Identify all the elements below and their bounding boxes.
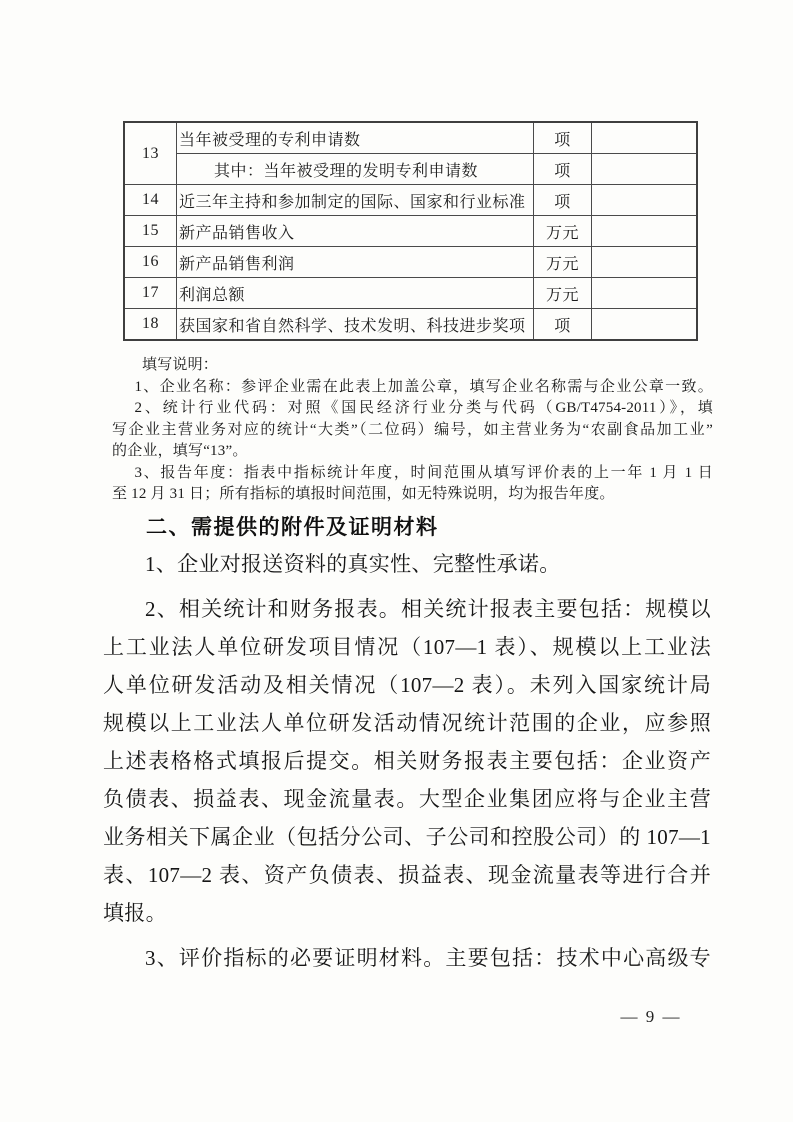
body-line: 3、评价指标的必要证明材料。主要包括：技术中心高级专 xyxy=(103,939,711,977)
body-line: 2、相关统计和财务报表。相关统计报表主要包括：规模以 xyxy=(103,590,711,628)
unit-cell: 项 xyxy=(534,122,592,154)
table-row: 其中：当年被受理的发明专利申请数 项 xyxy=(124,154,697,185)
body-line: 表、107—2 表、资产负债表、损益表、现金流量表等进行合并 xyxy=(103,856,711,894)
indicator-cell: 近三年主持和参加制定的国际、国家和行业标准 xyxy=(177,185,534,216)
unit-cell: 万元 xyxy=(534,247,592,278)
body-line: 业务相关下属企业（包括分公司、子公司和控股公司）的 107—1 xyxy=(103,818,711,856)
table-row: 18 获国家和省自然科学、技术发明、科技进步奖项 项 xyxy=(124,309,697,341)
unit-cell: 万元 xyxy=(534,278,592,309)
row-number-cell: 17 xyxy=(124,278,177,309)
value-cell xyxy=(592,247,698,278)
table-row: 15 新产品销售收入 万元 xyxy=(124,216,697,247)
body-line: 负债表、损益表、现金流量表。大型企业集团应将与企业主营 xyxy=(103,780,711,818)
row-number-cell: 15 xyxy=(124,216,177,247)
unit-cell: 项 xyxy=(534,309,592,341)
value-cell xyxy=(592,122,698,154)
body-line: 上述表格格式填报后提交。相关财务报表主要包括：企业资产 xyxy=(103,742,711,780)
body-line: 填报。 xyxy=(103,894,711,932)
body-line: 规模以上工业法人单位研发活动情况统计范围的企业，应参照 xyxy=(103,704,711,742)
indicator-cell: 获国家和省自然科学、技术发明、科技进步奖项 xyxy=(177,309,534,341)
document-page: 13 当年被受理的专利申请数 项 其中：当年被受理的发明专利申请数 项 14 近… xyxy=(0,0,793,1122)
note-line: 写企业主营业务对应的统计“大类”（二位码）编号，如主营业务为“农副食品加工业” xyxy=(112,420,713,442)
body-text: 1、企业对报送资料的真实性、完整性承诺。 2、相关统计和财务报表。相关统计报表主… xyxy=(103,545,711,977)
fill-instructions: 填写说明： 1、企业名称：参评企业需在此表上加盖公章，填写企业名称需与企业公章一… xyxy=(112,355,713,506)
unit-cell: 项 xyxy=(534,154,592,185)
indicator-cell: 当年被受理的专利申请数 xyxy=(177,122,534,154)
table-row: 16 新产品销售利润 万元 xyxy=(124,247,697,278)
indicator-cell: 新产品销售收入 xyxy=(177,216,534,247)
value-cell xyxy=(592,185,698,216)
indicator-cell: 利润总额 xyxy=(177,278,534,309)
unit-cell: 万元 xyxy=(534,216,592,247)
value-cell xyxy=(592,278,698,309)
row-number-cell: 14 xyxy=(124,185,177,216)
note-line: 3、报告年度：指表中指标统计年度，时间范围从填写评价表的上一年 1 月 1 日 xyxy=(112,463,713,485)
value-cell xyxy=(592,216,698,247)
indicator-cell: 其中：当年被受理的发明专利申请数 xyxy=(177,154,534,185)
table-row: 13 当年被受理的专利申请数 项 xyxy=(124,122,697,154)
paragraph: 3、评价指标的必要证明材料。主要包括：技术中心高级专 xyxy=(103,939,711,977)
notes-heading: 填写说明： xyxy=(112,355,713,377)
row-number-cell: 18 xyxy=(124,309,177,341)
indicator-table: 13 当年被受理的专利申请数 项 其中：当年被受理的发明专利申请数 项 14 近… xyxy=(123,121,698,341)
note-line: 的企业，填写“13”。 xyxy=(112,441,713,463)
body-line: 1、企业对报送资料的真实性、完整性承诺。 xyxy=(103,545,711,583)
note-line: 1、企业名称：参评企业需在此表上加盖公章，填写企业名称需与企业公章一致。 xyxy=(112,377,713,399)
page-number: — 9 — xyxy=(606,1007,696,1027)
paragraph: 1、企业对报送资料的真实性、完整性承诺。 xyxy=(103,545,711,583)
value-cell xyxy=(592,154,698,185)
note-line: 2、统计行业代码：对照《国民经济行业分类与代码（GB/T4754-2011）》，… xyxy=(112,398,713,420)
section-heading: 二、需提供的附件及证明材料 xyxy=(146,511,439,541)
row-number-cell: 16 xyxy=(124,247,177,278)
unit-cell: 项 xyxy=(534,185,592,216)
body-line: 上工业法人单位研发项目情况（107—1 表）、规模以上工业法 xyxy=(103,628,711,666)
row-number-cell: 13 xyxy=(124,122,177,185)
indicator-cell: 新产品销售利润 xyxy=(177,247,534,278)
table-row: 14 近三年主持和参加制定的国际、国家和行业标准 项 xyxy=(124,185,697,216)
body-line: 人单位研发活动及相关情况（107—2 表）。未列入国家统计局 xyxy=(103,666,711,704)
paragraph: 2、相关统计和财务报表。相关统计报表主要包括：规模以 上工业法人单位研发项目情况… xyxy=(103,590,711,932)
note-line: 至 12 月 31 日；所有指标的填报时间范围，如无特殊说明，均为报告年度。 xyxy=(112,484,713,506)
table-row: 17 利润总额 万元 xyxy=(124,278,697,309)
value-cell xyxy=(592,309,698,341)
